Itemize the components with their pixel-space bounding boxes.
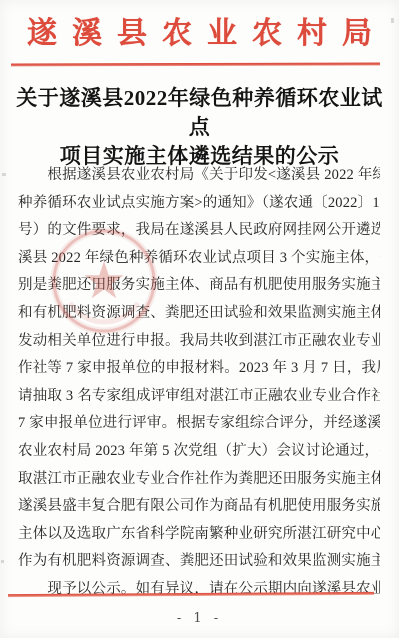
body-text-line: 现予以公示。如有异议，请在公示期内向遂溪县农业农 — [18, 576, 380, 604]
body-text-line: 请抽取 3 名专家组成评审组对湛江市正融农业专业合作社等 — [18, 383, 380, 411]
body-text-line: 发动相关单位进行申报。我局共收到湛江市正融农业专业合 — [18, 328, 380, 356]
page-number: - 1 - — [0, 611, 399, 626]
body-text-line: 别是粪肥还田服务实施主体、商品有机肥使用服务实施主体 — [18, 272, 380, 300]
body-text-line: 农业农村局 2023 年第 5 次党组（扩大）会议讨论通过，拟选 — [18, 438, 380, 466]
letterhead: 遂溪县农业农村局 — [0, 12, 399, 56]
body-text-line: 作为有机肥料资源调查、粪肥还田试验和效果监测实施主体。 — [18, 548, 380, 576]
scan-artifact — [2, 173, 6, 176]
body-text-line: 取湛江市正融农业专业合作社作为粪肥还田服务实施主体、 — [18, 466, 380, 494]
body-text-line: 主体以及选取广东省科学院南繁种业研究所湛江研究中心 — [18, 521, 380, 549]
body-text-line: 种养循环农业试点实施方案>的通知》（遂农通〔2022〕119 — [18, 190, 380, 218]
body-text-line: 溪县 2022 年绿色种养循环农业试点项目 3 个实施主体，分 — [18, 245, 380, 273]
body-text-line: 作社等 7 家申报单位的申报材料。2023 年 3 月 7 日，我局申 — [18, 355, 380, 383]
notice-body: 根据遂溪县农业农村局《关于印发<遂溪县 2022 年绿色种养循环农业试点实施方案… — [18, 162, 380, 604]
agency-name-heading: 遂溪县农业农村局 — [0, 12, 399, 56]
body-text-line: 根据遂溪县农业农村局《关于印发<遂溪县 2022 年绿色 — [18, 162, 380, 190]
scan-artifact — [391, 18, 394, 23]
scan-artifact — [1, 560, 4, 563]
letterhead-divider-rule — [11, 63, 380, 67]
body-text-line: 和有机肥料资源调查、粪肥还田试验和效果监测实施主体， — [18, 300, 380, 328]
body-text-line: 遂溪县盛丰复合肥有限公司作为商品有机肥使用服务实施 — [18, 493, 380, 521]
body-text-line: 号）的文件要求，我局在遂溪县人民政府网挂网公开遴选遂 — [18, 217, 380, 245]
notice-title-line1: 关于遂溪县2022年绿色种养循环农业试点 — [10, 84, 389, 142]
body-text-line: 7 家申报单位进行评审。根据专家组综合评分，并经遂溪县 — [18, 410, 380, 438]
notice-title: 关于遂溪县2022年绿色种养循环农业试点 项目实施主体遴选结果的公示 — [10, 84, 389, 171]
scanned-official-notice-page: 遂溪县农业农村局 关于遂溪县2022年绿色种养循环农业试点 项目实施主体遴选结果… — [0, 0, 399, 638]
